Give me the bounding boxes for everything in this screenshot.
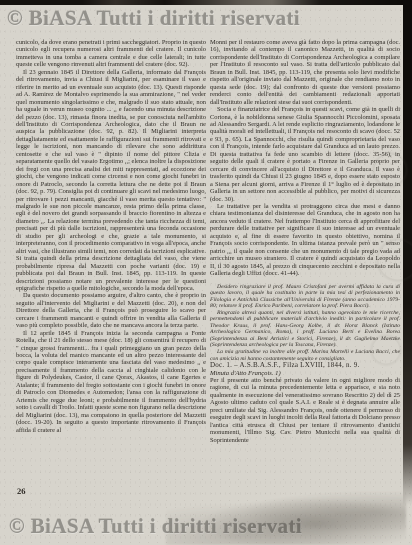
paragraph: Il 23 gennaio 1845 il Direttore della Ga… xyxy=(16,69,206,293)
paragraph: Monni per il restauro come aveva già fat… xyxy=(210,39,400,106)
paragraph: Da questo documento possiamo arguire, d'… xyxy=(16,292,206,329)
right-text-column: Monni per il restauro come aveva già fat… xyxy=(210,39,400,444)
acknowledgments-block: Desidero ringraziare il prof. Mauro Cris… xyxy=(210,284,400,363)
scanned-journal-page: © BiASA Tutti i diritti riservati cunico… xyxy=(0,0,412,545)
paragraph: cunicolo, da dove erano penetrati i prim… xyxy=(16,39,206,69)
doc-1-heading: Doc. 1. – A.S.B.A.S.F., Filza LXVIII, 18… xyxy=(210,362,400,369)
paragraph: Socia e finanziatrice del François in qu… xyxy=(210,106,400,203)
scan-border-top xyxy=(0,0,412,5)
acknowledgment-paragraph: Desidero ringraziare il prof. Mauro Cris… xyxy=(210,284,400,310)
copyright-watermark-bottom: © BiASA Tutti i diritti riservati xyxy=(9,514,302,539)
doc-1-subheading: Minuta d'Atto François. 1) xyxy=(210,370,400,377)
paragraph: Il 12 aprile 1845 il François inizia la … xyxy=(16,330,206,434)
left-text-column: cunicolo, da dove erano penetrati i prim… xyxy=(16,39,206,434)
paragraph: Le trattative per la vendita si protragg… xyxy=(210,203,400,278)
acknowledgment-paragraph: Ringrazio altresì quanti, nei diversi is… xyxy=(210,310,400,349)
scan-border-right xyxy=(403,0,412,505)
page-number: 26 xyxy=(17,486,26,496)
doc-1-body: Per il presente atto benché privato da v… xyxy=(210,377,400,444)
copyright-watermark-top: © BiASA Tutti i diritti riservati xyxy=(7,6,300,31)
